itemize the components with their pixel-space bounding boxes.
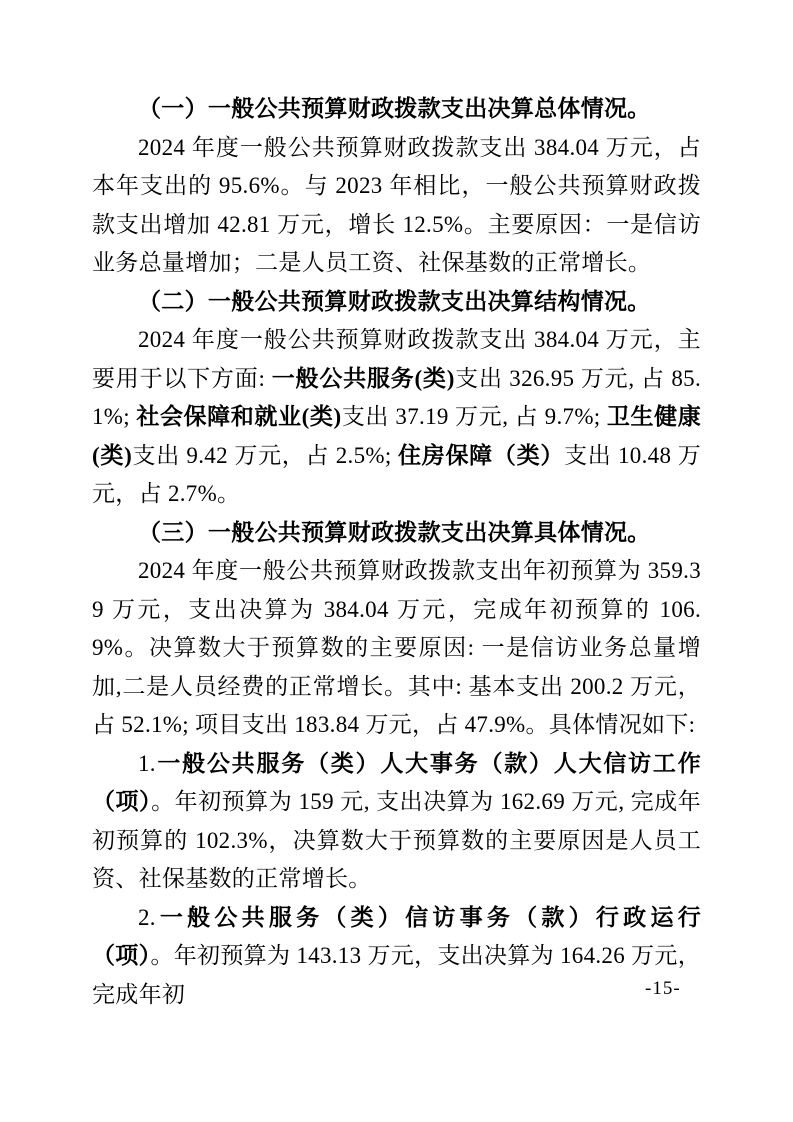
text-segment: 支出 37.19 万元, 占 9.7%; (342, 404, 607, 429)
page-number: -15- (645, 978, 681, 1000)
section-heading-3: （三）一般公共预算财政拨款支出决算具体情况。 (92, 514, 701, 553)
section-heading-2: （二）一般公共预算财政拨款支出决算结构情况。 (92, 283, 701, 322)
text-segment: 2024 年度一般公共预算财政拨款支出年初预算为 359.39 万元，支出决算为… (92, 558, 701, 737)
text-segment: 。年初预算为 143.13 万元，支出决算为 164.26 万元，完成年初 (92, 943, 701, 1007)
text-segment: 。年初预算为 159 元, 支出决算为 162.69 万元, 完成年初预算的 1… (92, 789, 701, 891)
paragraph-section-1-body: 2024 年度一般公共预算财政拨款支出 384.04 万元，占本年支出的 95.… (92, 129, 701, 283)
bold-text-segment: （二）一般公共预算财政拨款支出决算结构情况。 (138, 289, 651, 314)
text-segment: 2024 年度一般公共预算财政拨款支出 384.04 万元，占本年支出的 95.… (92, 135, 701, 276)
bold-text-segment: （一）一般公共预算财政拨款支出决算总体情况。 (138, 96, 651, 121)
bold-text-segment: 住房保障（类） (398, 443, 564, 468)
document-page: （一）一般公共预算财政拨款支出决算总体情况。2024 年度一般公共预算财政拨款支… (0, 0, 793, 1122)
text-segment: 1. (138, 751, 156, 776)
document-content: （一）一般公共预算财政拨款支出决算总体情况。2024 年度一般公共预算财政拨款支… (92, 90, 701, 1014)
paragraph-item-1: 1.一般公共服务（类）人大事务（款）人大信访工作（项）。年初预算为 159 元,… (92, 745, 701, 899)
text-segment: 支出 9.42 万元，占 2.5%; (132, 443, 398, 468)
section-heading-1: （一）一般公共预算财政拨款支出决算总体情况。 (92, 90, 701, 129)
paragraph-section-3-body: 2024 年度一般公共预算财政拨款支出年初预算为 359.39 万元，支出决算为… (92, 552, 701, 745)
text-segment: 2. (138, 905, 156, 930)
bold-text-segment: 社会保障和就业(类) (136, 404, 341, 429)
bold-text-segment: 一般公共服务(类) (272, 366, 455, 391)
paragraph-section-2-body: 2024 年度一般公共预算财政拨款支出 384.04 万元，主要用于以下方面: … (92, 321, 701, 514)
bold-text-segment: （三）一般公共预算财政拨款支出决算具体情况。 (138, 520, 651, 545)
paragraph-item-2: 2.一般公共服务（类）信访事务（款）行政运行（项）。年初预算为 143.13 万… (92, 899, 701, 1015)
